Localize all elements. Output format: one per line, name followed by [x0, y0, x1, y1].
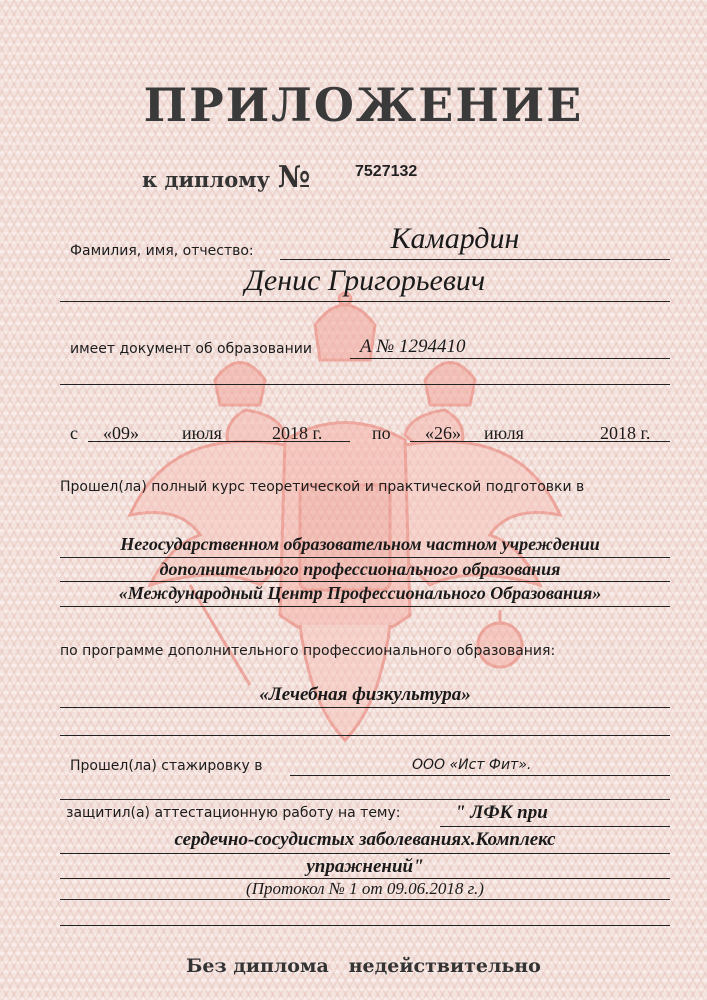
institution-line-2: дополнительного профессионального образо… [60, 559, 660, 580]
education-doc-value: А № 1294410 [360, 336, 466, 358]
institution-underline-2 [60, 581, 670, 582]
thesis-protocol: (Протокол № 1 от 09.06.2018 г.) [60, 879, 670, 899]
thesis-line-1: " ЛФК при [455, 802, 548, 824]
footer-validity-note: Без диплома недействительно [0, 955, 707, 977]
thesis-label: защитил(а) аттестационную работу на тему… [66, 805, 401, 821]
period-to-underline [410, 441, 670, 442]
period-from-prefix: с [70, 423, 78, 444]
blank-line-4 [60, 925, 670, 926]
internship-label: Прошел(ла) стажировку в [70, 758, 263, 774]
diploma-number: 7527132 [355, 163, 417, 181]
institution-line-3: «Международный Центр Профессионального О… [60, 583, 660, 604]
thesis-underline-2 [60, 853, 670, 854]
thesis-line-3: упражнений" [60, 856, 670, 878]
number-sign: № [278, 160, 311, 195]
institution-underline-1 [60, 557, 670, 558]
fio-underline-2 [60, 301, 670, 302]
blank-line-2 [60, 735, 670, 736]
period-to-prefix: по [372, 423, 391, 444]
blank-line-3 [60, 799, 670, 800]
diploma-prefix: к диплому [142, 167, 270, 192]
name-patronymic-value: Денис Григорьевич [60, 264, 670, 298]
program-value: «Лечебная физкультура» [60, 684, 670, 706]
course-label: Прошел(ла) полный курс теоретической и п… [60, 479, 584, 495]
program-underline [60, 707, 670, 708]
fio-underline-1 [280, 259, 670, 260]
internship-underline [290, 775, 670, 776]
internship-value: ООО «Ист Фит». [412, 757, 531, 773]
institution-underline-3 [60, 606, 670, 607]
thesis-underline-4 [60, 899, 670, 900]
program-label: по программе дополнительного профессиона… [60, 643, 555, 659]
education-doc-underline [350, 358, 670, 359]
thesis-underline-1 [440, 826, 670, 827]
diploma-reference: к диплому№ [142, 160, 311, 195]
thesis-line-2: сердечно-сосудистых заболеваниях.Комплек… [60, 829, 670, 851]
education-doc-label: имеет документ об образовании [70, 341, 312, 357]
period-from-underline [88, 441, 350, 442]
blank-line [60, 384, 670, 385]
institution-line-1: Негосударственном образовательном частно… [60, 534, 660, 555]
document-title: ПРИЛОЖЕНИЕ [0, 78, 707, 132]
surname-value: Камардин [290, 222, 620, 256]
fio-label: Фамилия, имя, отчество: [70, 243, 254, 259]
